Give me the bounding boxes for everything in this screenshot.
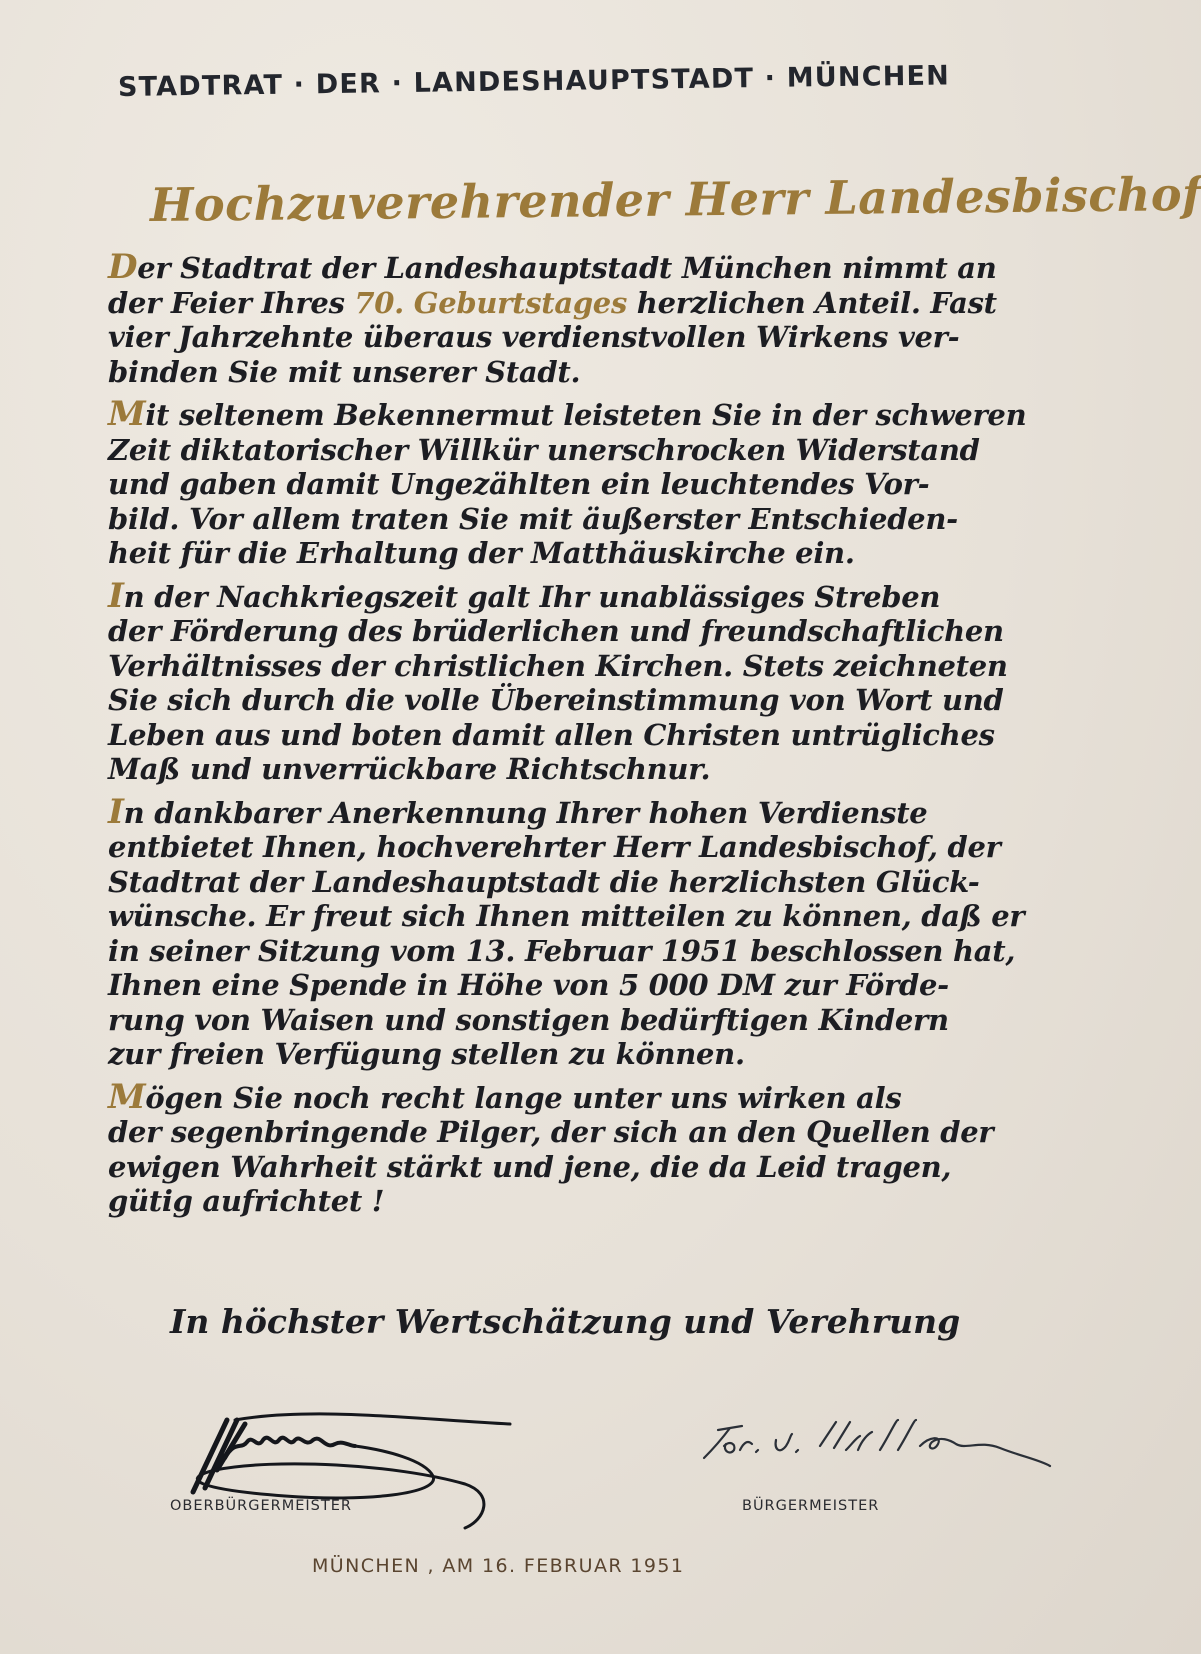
paragraph-2: Mit seltenem Bekennermut leisteten Sie i… bbox=[108, 397, 1068, 571]
text-line: Sie sich durch die volle Übereinstimmung… bbox=[108, 683, 1068, 718]
gold-initial: D bbox=[108, 247, 137, 287]
text-line: Ihnen eine Spende in Höhe von 5 000 DM z… bbox=[108, 968, 1068, 1003]
closing-formula: In höchster Wertschätzung und Verehrung bbox=[170, 1302, 1030, 1341]
line-text: it seltenem Bekennermut leisteten Sie in… bbox=[145, 398, 1026, 432]
line-text: herzlichen Anteil. Fast bbox=[627, 286, 997, 320]
gold-initial: M bbox=[108, 394, 145, 434]
paragraph-5: Mögen Sie noch recht lange unter uns wir… bbox=[108, 1080, 1068, 1219]
paragraph-3: In der Nachkriegszeit galt Ihr unablässi… bbox=[108, 579, 1068, 787]
text-line: entbietet Ihnen, hochverehrter Herr Land… bbox=[108, 830, 1068, 865]
line-text: n der Nachkriegszeit galt Ihr unablässig… bbox=[124, 580, 941, 614]
line-text: er Stadtrat der Landeshauptstadt München… bbox=[137, 251, 996, 285]
text-line: zur freien Verfügung stellen zu können. bbox=[108, 1037, 1068, 1072]
paragraph-4: In dankbarer Anerkennung Ihrer hohen Ver… bbox=[108, 795, 1068, 1072]
letterhead: STADTRAT · DER · LANDESHAUPTSTADT · MÜNC… bbox=[118, 59, 1048, 103]
handwritten-signature-icon bbox=[165, 1410, 585, 1540]
text-line: bild. Vor allem traten Sie mit äußerster… bbox=[108, 502, 1068, 537]
birthday-highlight: 70. Geburtstages bbox=[354, 286, 627, 320]
signature-oberbuergermeister: OBERBÜRGERMEISTER bbox=[165, 1410, 585, 1530]
handwritten-signature-icon bbox=[700, 1410, 1140, 1500]
text-line: rung von Waisen und sonstigen bedürftige… bbox=[108, 1003, 1068, 1038]
text-line: in seiner Sitzung vom 13. Februar 1951 b… bbox=[108, 934, 1068, 969]
text-line: binden Sie mit unserer Stadt. bbox=[108, 355, 1068, 390]
text-line: heit für die Erhaltung der Matthäuskirch… bbox=[108, 536, 1068, 571]
signature-buergermeister: BÜRGERMEISTER bbox=[700, 1410, 1140, 1520]
text-line: vier Jahrzehnte überaus verdienstvollen … bbox=[108, 320, 1068, 355]
line-text: n dankbarer Anerkennung Ihrer hohen Verd… bbox=[124, 796, 928, 830]
signatory-title: OBERBÜRGERMEISTER bbox=[170, 1498, 352, 1514]
gold-initial: I bbox=[108, 792, 124, 832]
letter-body: Der Stadtrat der Landeshauptstadt Münche… bbox=[108, 250, 1068, 1227]
text-line: Mit seltenem Bekennermut leisteten Sie i… bbox=[108, 397, 1068, 433]
gold-initial: I bbox=[108, 576, 124, 616]
text-line: ewigen Wahrheit stärkt und jene, die da … bbox=[108, 1150, 1068, 1185]
text-line: Mögen Sie noch recht lange unter uns wir… bbox=[108, 1080, 1068, 1116]
dateline: MÜNCHEN , AM 16. FEBRUAR 1951 bbox=[312, 1555, 684, 1577]
text-line: Verhältnisses der christlichen Kirchen. … bbox=[108, 649, 1068, 684]
signatory-title: BÜRGERMEISTER bbox=[742, 1498, 879, 1514]
text-line: der Feier Ihres 70. Geburtstages herzlic… bbox=[108, 286, 1068, 321]
text-line: der segenbringende Pilger, der sich an d… bbox=[108, 1115, 1068, 1150]
text-line: wünsche. Er freut sich Ihnen mitteilen z… bbox=[108, 899, 1068, 934]
line-text: der Feier Ihres bbox=[108, 286, 354, 320]
text-line: Stadtrat der Landeshauptstadt die herzli… bbox=[108, 865, 1068, 900]
salutation: Hochzuverehrender Herr Landesbischof ! bbox=[150, 169, 1051, 232]
text-line: der Förderung des brüderlichen und freun… bbox=[108, 614, 1068, 649]
text-line: gütig aufrichtet ! bbox=[108, 1184, 1068, 1219]
text-line: Maß und unverrückbare Richtschnur. bbox=[108, 752, 1068, 787]
paragraph-1: Der Stadtrat der Landeshauptstadt Münche… bbox=[108, 250, 1068, 389]
gold-initial: M bbox=[108, 1077, 145, 1117]
text-line: Zeit diktatorischer Willkür unerschrocke… bbox=[108, 433, 1068, 468]
text-line: Leben aus und boten damit allen Christen… bbox=[108, 718, 1068, 753]
text-line: In der Nachkriegszeit galt Ihr unablässi… bbox=[108, 579, 1068, 615]
line-text: ögen Sie noch recht lange unter uns wirk… bbox=[145, 1081, 901, 1115]
text-line: In dankbarer Anerkennung Ihrer hohen Ver… bbox=[108, 795, 1068, 831]
text-line: und gaben damit Ungezählten ein leuchten… bbox=[108, 467, 1068, 502]
text-line: Der Stadtrat der Landeshauptstadt Münche… bbox=[108, 250, 1068, 286]
